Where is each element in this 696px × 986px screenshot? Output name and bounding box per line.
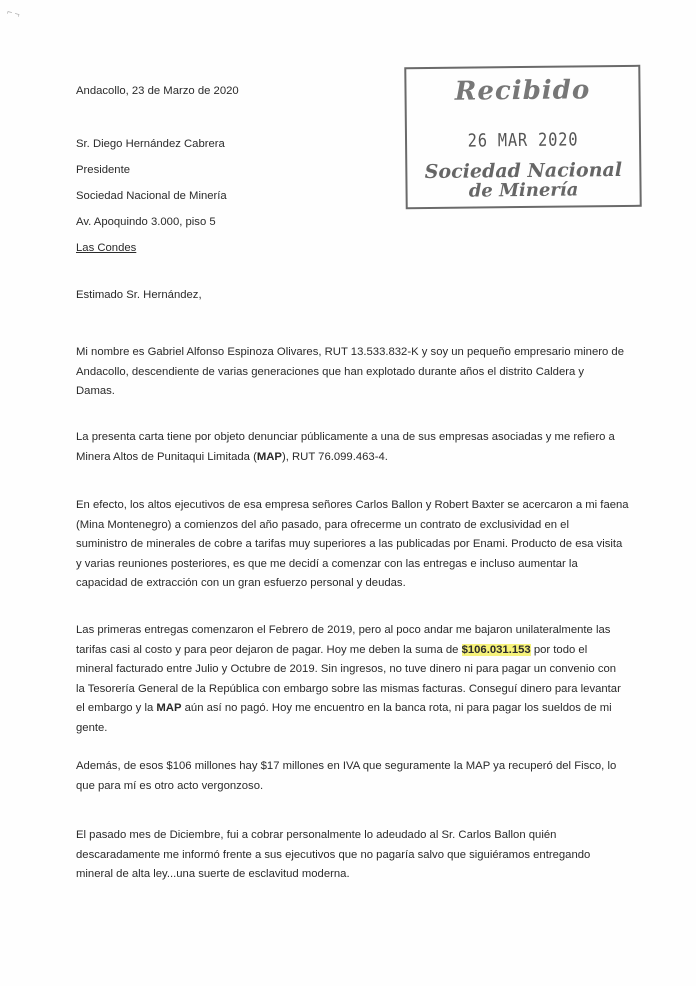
recipient-city: Las Condes	[76, 241, 136, 255]
paragraph-purpose: La presenta carta tiene por objeto denun…	[76, 428, 636, 467]
highlighted-amount: $106.031.153	[462, 644, 531, 656]
recipient-organization: Sociedad Nacional de Minería	[76, 189, 227, 203]
company-acronym: MAP	[257, 451, 282, 463]
company-acronym: MAP	[156, 702, 181, 714]
date-line: Andacollo, 23 de Marzo de 2020	[76, 84, 239, 98]
text-line: el embargo y la MAP aún así no pagó. Hoy…	[76, 699, 636, 719]
stamp-title: Recibido	[406, 75, 638, 107]
stamp-date: 26 MAR 2020	[424, 129, 621, 152]
text-span: aún así no pagó. Hoy me encuentro en la …	[181, 702, 611, 714]
letter-page: ⌐ ¬ Andacollo, 23 de Marzo de 2020 Recib…	[0, 0, 696, 986]
text-span: ), RUT 76.099.463-4.	[282, 451, 388, 463]
text-line: Las primeras entregas comenzaron el Febr…	[76, 621, 636, 641]
text-line: y varias reuniones posteriores, es que m…	[76, 555, 636, 575]
recipient-name: Sr. Diego Hernández Cabrera	[76, 137, 225, 151]
text-line: En efecto, los altos ejecutivos de esa e…	[76, 496, 636, 516]
text-line: tarifas casi al costo y para peor dejaro…	[76, 641, 636, 661]
paragraph-december: El pasado mes de Diciembre, fui a cobrar…	[76, 826, 636, 885]
text-line: suministro de minerales de cobre a tarif…	[76, 535, 636, 555]
scan-corner-mark: ⌐ ¬	[6, 6, 21, 19]
stamp-org-line2: de Minería	[407, 179, 639, 202]
text-line: gente.	[76, 719, 636, 739]
recipient-address: Av. Apoquindo 3.000, piso 5	[76, 215, 216, 229]
text-line: Andacollo, descendiente de varias genera…	[76, 363, 636, 383]
text-line: El pasado mes de Diciembre, fui a cobrar…	[76, 826, 636, 846]
paragraph-tax: Además, de esos $106 millones hay $17 mi…	[76, 757, 636, 796]
text-span: Minera Altos de Punitaqui Limitada (	[76, 451, 257, 463]
salutation: Estimado Sr. Hernández,	[76, 288, 202, 302]
text-line: Minera Altos de Punitaqui Limitada (MAP)…	[76, 448, 636, 468]
text-line: Además, de esos $106 millones hay $17 mi…	[76, 757, 636, 777]
text-line: mineral de alta ley...una suerte de escl…	[76, 865, 636, 885]
paragraph-debt: Las primeras entregas comenzaron el Febr…	[76, 621, 636, 739]
text-line: Mi nombre es Gabriel Alfonso Espinoza Ol…	[76, 343, 636, 363]
text-line: Damas.	[76, 382, 636, 402]
text-span: por todo el	[531, 644, 588, 656]
text-span: el embargo y la	[76, 702, 156, 714]
text-line: que para mí es otro acto vergonzoso.	[76, 777, 636, 797]
text-line: descaradamente me informó frente a sus e…	[76, 846, 636, 866]
text-line: capacidad de extracción con un gran esfu…	[76, 574, 636, 594]
text-line: mineral facturado entre Julio y Octubre …	[76, 660, 636, 680]
paragraph-introduction: Mi nombre es Gabriel Alfonso Espinoza Ol…	[76, 343, 636, 402]
text-line: La presenta carta tiene por objeto denun…	[76, 428, 636, 448]
paragraph-background: En efecto, los altos ejecutivos de esa e…	[76, 496, 636, 594]
recipient-title: Presidente	[76, 163, 130, 177]
received-stamp: Recibido 26 MAR 2020 Sociedad Nacional d…	[404, 65, 641, 209]
text-line: (Mina Montenegro) a comienzos del año pa…	[76, 516, 636, 536]
text-span: tarifas casi al costo y para peor dejaro…	[76, 644, 462, 656]
text-line: la Tesorería General de la República con…	[76, 680, 636, 700]
